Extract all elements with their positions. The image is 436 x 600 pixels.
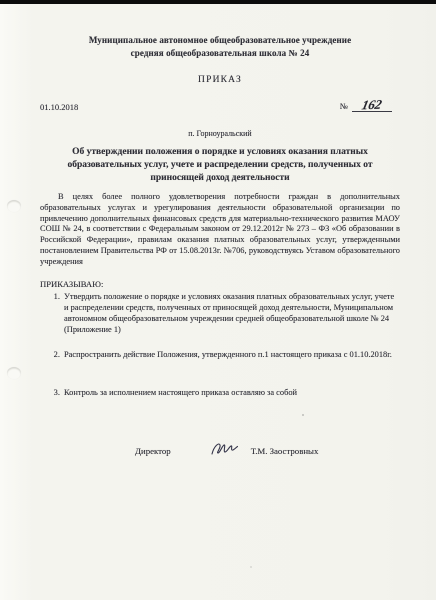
document-number: №162 <box>340 99 392 112</box>
organization-name: Муниципальное автономное общеобразовател… <box>40 34 400 60</box>
number-label: № <box>340 101 348 111</box>
organization-name-line1: Муниципальное автономное общеобразовател… <box>40 34 400 47</box>
order-item-1: Утвердить положение о порядке и условиях… <box>62 291 400 335</box>
signature-name: Т.М. Заостровных <box>251 446 319 456</box>
preamble-paragraph: В целях более полного удовлетворения пот… <box>40 192 400 268</box>
document-content: Муниципальное автономное общеобразовател… <box>0 0 436 461</box>
number-underline: 162 <box>352 99 392 112</box>
document-title: Об утверждении положения о порядке и усл… <box>40 146 400 185</box>
signature-scribble-icon <box>209 441 239 457</box>
order-items-list: Утвердить положение о порядке и условиях… <box>40 291 400 398</box>
document-type-heading: ПРИКАЗ <box>40 75 400 85</box>
organization-name-line2: средняя общеобразовательная школа № 24 <box>40 47 400 60</box>
handwritten-number: 162 <box>361 99 383 112</box>
order-word: ПРИКАЗЫВАЮ: <box>40 279 400 289</box>
signature-role: Директор <box>135 446 171 456</box>
order-item-3: Контроль за исполнением настоящего прика… <box>62 387 400 398</box>
document-date: 01.10.2018 <box>40 102 78 112</box>
date-number-row: 01.10.2018 №162 <box>40 99 400 112</box>
signature-block: Директор Т.М. Заостровных <box>40 441 400 461</box>
scanned-document-page: Муниципальное автономное общеобразовател… <box>0 0 436 600</box>
order-item-2: Распространить действие Положения, утвер… <box>62 349 400 360</box>
scan-speck <box>250 566 252 568</box>
place-line: п. Горноуральский <box>40 129 400 138</box>
